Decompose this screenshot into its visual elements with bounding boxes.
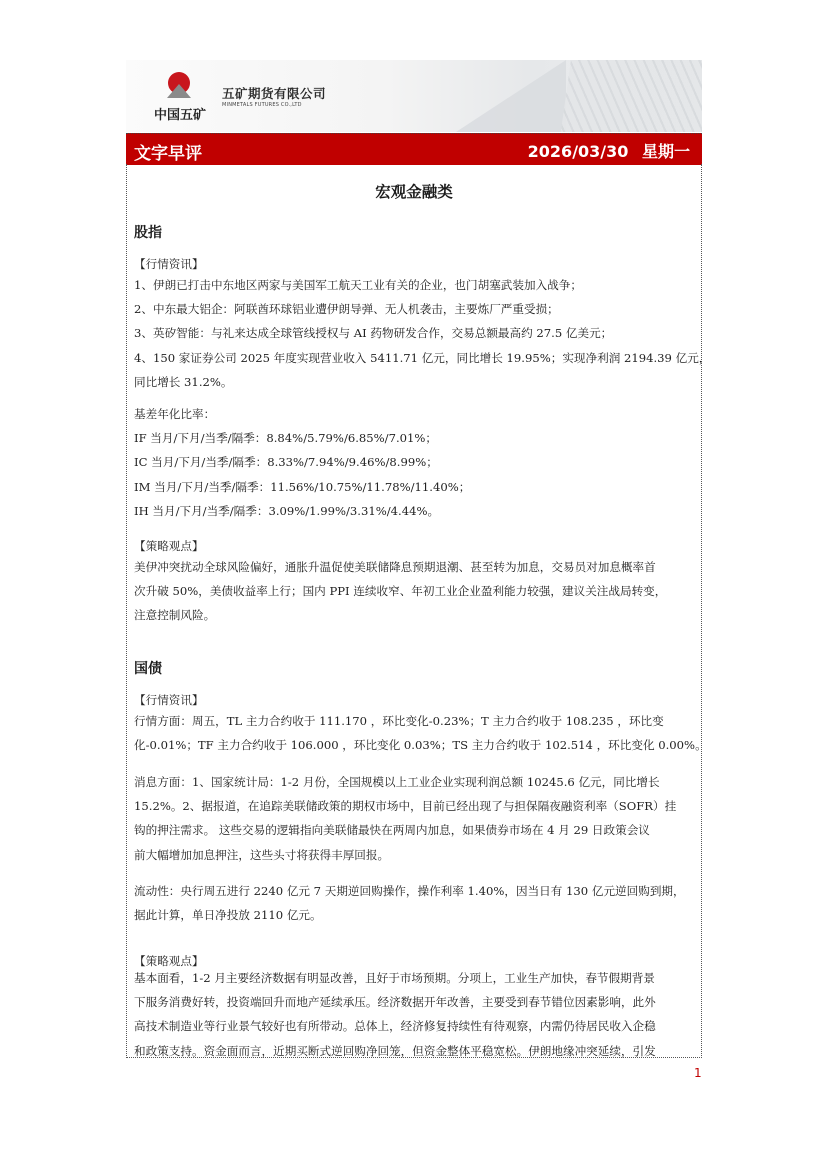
strategy-line: 和政策支持。资金面而言，近期买断式逆回购净回笼，但资金整体平稳宽松。伊朗地缘冲突… (134, 1039, 696, 1063)
treasury-liquidity: 流动性：央行周五进行 2240 亿元 7 天期逆回购操作，操作利率 1.40%，… (134, 879, 696, 927)
basis-title: 基差年化比率： (134, 402, 696, 426)
news-item: 同比增长 31.2%。 (134, 370, 696, 394)
strategy-line: 高技术制造业等行业景气较好也有所带动。总体上，经济修复持续性有待观察，内需仍待居… (134, 1014, 696, 1038)
company-name-cn: 五矿期货有限公司 (222, 84, 326, 102)
stock-news: 1、伊朗已打击中东地区两家与美国军工航天工业有关的企业，也门胡塞武装加入战争； … (134, 273, 696, 394)
weekday: 星期一 (642, 142, 690, 161)
news-item: 3、英矽智能：与礼来达成全球管线授权与 AI 药物研发合作，交易总额最高约 27… (134, 321, 696, 345)
strategy-line: 下服务消费好转，投资端回升而地产延续承压。经济数据开年改善，主要受到春节错位因素… (134, 990, 696, 1014)
header-banner: 中国五矿 五矿期货有限公司 MINMETALS FUTURES CO.,LTD (126, 60, 702, 132)
strategy-tag: 【策略观点】 (134, 538, 204, 554)
section-title: 宏观金融类 (127, 180, 701, 202)
banner-decoration (456, 60, 566, 132)
market-line: 行情方面：周五，TL 主力合约收于 111.170 ，环比变化-0.23%；T … (134, 709, 696, 733)
strategy-line: 注意控制风险。 (134, 603, 696, 627)
company-name-en: MINMETALS FUTURES CO.,LTD (222, 102, 326, 108)
basis-block: 基差年化比率： IF 当月/下月/当季/隔季：8.84%/5.79%/6.85%… (134, 402, 696, 523)
content-box: 宏观金融类 股指 【行情资讯】 1、伊朗已打击中东地区两家与美国军工航天工业有关… (126, 164, 702, 1058)
date: 2026/03/30 (528, 142, 629, 161)
market-line: 化-0.01%；TF 主力合约收于 106.000 ，环比变化 0.03%；TS… (134, 733, 696, 757)
doc-date: 2026/03/30 星期一 (528, 139, 690, 162)
stock-strategy: 美伊冲突扰动全球风险偏好，通胀升温促使美联储降息预期退潮、甚至转为加息，交易员对… (134, 555, 696, 628)
news-line: 15.2%。2、据报道，在追踪美联储政策的期权市场中，目前已经出现了与担保隔夜融… (134, 794, 696, 818)
news-line: 前大幅增加加息押注，这些头寸将获得丰厚回报。 (134, 843, 696, 867)
strategy-line: 美伊冲突扰动全球风险偏好，通胀升温促使美联储降息预期退潮、甚至转为加息，交易员对… (134, 555, 696, 579)
news-item: 4、150 家证券公司 2025 年度实现营业收入 5411.71 亿元，同比增… (134, 346, 696, 370)
news-tag: 【行情资讯】 (134, 692, 204, 708)
company-name: 五矿期货有限公司 MINMETALS FUTURES CO.,LTD (222, 84, 326, 108)
strategy-line: 次升破 50%，美债收益率上行；国内 PPI 连续收窄、年初工业企业盈利能力较强… (134, 579, 696, 603)
news-line: 消息方面：1、国家统计局：1-2 月份，全国规模以上工业企业实现利润总额 102… (134, 770, 696, 794)
news-item: 2、中东最大铝企：阿联酋环球铝业遭伊朗导弹、无人机袭击，主要炼厂严重受损； (134, 297, 696, 321)
basis-row: IM 当月/下月/当季/隔季：11.56%/10.75%/11.78%/11.4… (134, 475, 696, 499)
group-logo: 中国五矿 (154, 72, 204, 123)
treasury-market: 行情方面：周五，TL 主力合约收于 111.170 ，环比变化-0.23%；T … (134, 709, 696, 757)
minmetals-logo-icon (164, 72, 194, 102)
doc-title: 文字早评 (134, 139, 202, 164)
treasury-strategy: 基本面看，1-2 月主要经济数据有明显改善，且好于市场预期。分项上，工业生产加快… (134, 966, 696, 1063)
basis-row: IC 当月/下月/当季/隔季：8.33%/7.94%/9.46%/8.99%； (134, 450, 696, 474)
title-bar: 文字早评 2026/03/30 星期一 (126, 133, 702, 165)
group-logo-text: 中国五矿 (154, 104, 204, 123)
banner-decoration (560, 60, 702, 132)
heading-stock-index: 股指 (134, 222, 162, 242)
liquidity-line: 流动性：央行周五进行 2240 亿元 7 天期逆回购操作，操作利率 1.40%，… (134, 879, 696, 903)
news-line: 钩的押注需求。 这些交易的逻辑指向美联储最快在两周内加息，如果债券市场在 4 月… (134, 818, 696, 842)
news-item: 1、伊朗已打击中东地区两家与美国军工航天工业有关的企业，也门胡塞武装加入战争； (134, 273, 696, 297)
page-number: 1 (694, 1066, 702, 1080)
basis-row: IF 当月/下月/当季/隔季：8.84%/5.79%/6.85%/7.01%； (134, 426, 696, 450)
liquidity-line: 据此计算，单日净投放 2110 亿元。 (134, 903, 696, 927)
basis-row: IH 当月/下月/当季/隔季：3.09%/1.99%/3.31%/4.44%。 (134, 499, 696, 523)
strategy-line: 基本面看，1-2 月主要经济数据有明显改善，且好于市场预期。分项上，工业生产加快… (134, 966, 696, 990)
news-tag: 【行情资讯】 (134, 256, 204, 272)
treasury-news: 消息方面：1、国家统计局：1-2 月份，全国规模以上工业企业实现利润总额 102… (134, 770, 696, 867)
heading-treasury: 国债 (134, 658, 162, 678)
